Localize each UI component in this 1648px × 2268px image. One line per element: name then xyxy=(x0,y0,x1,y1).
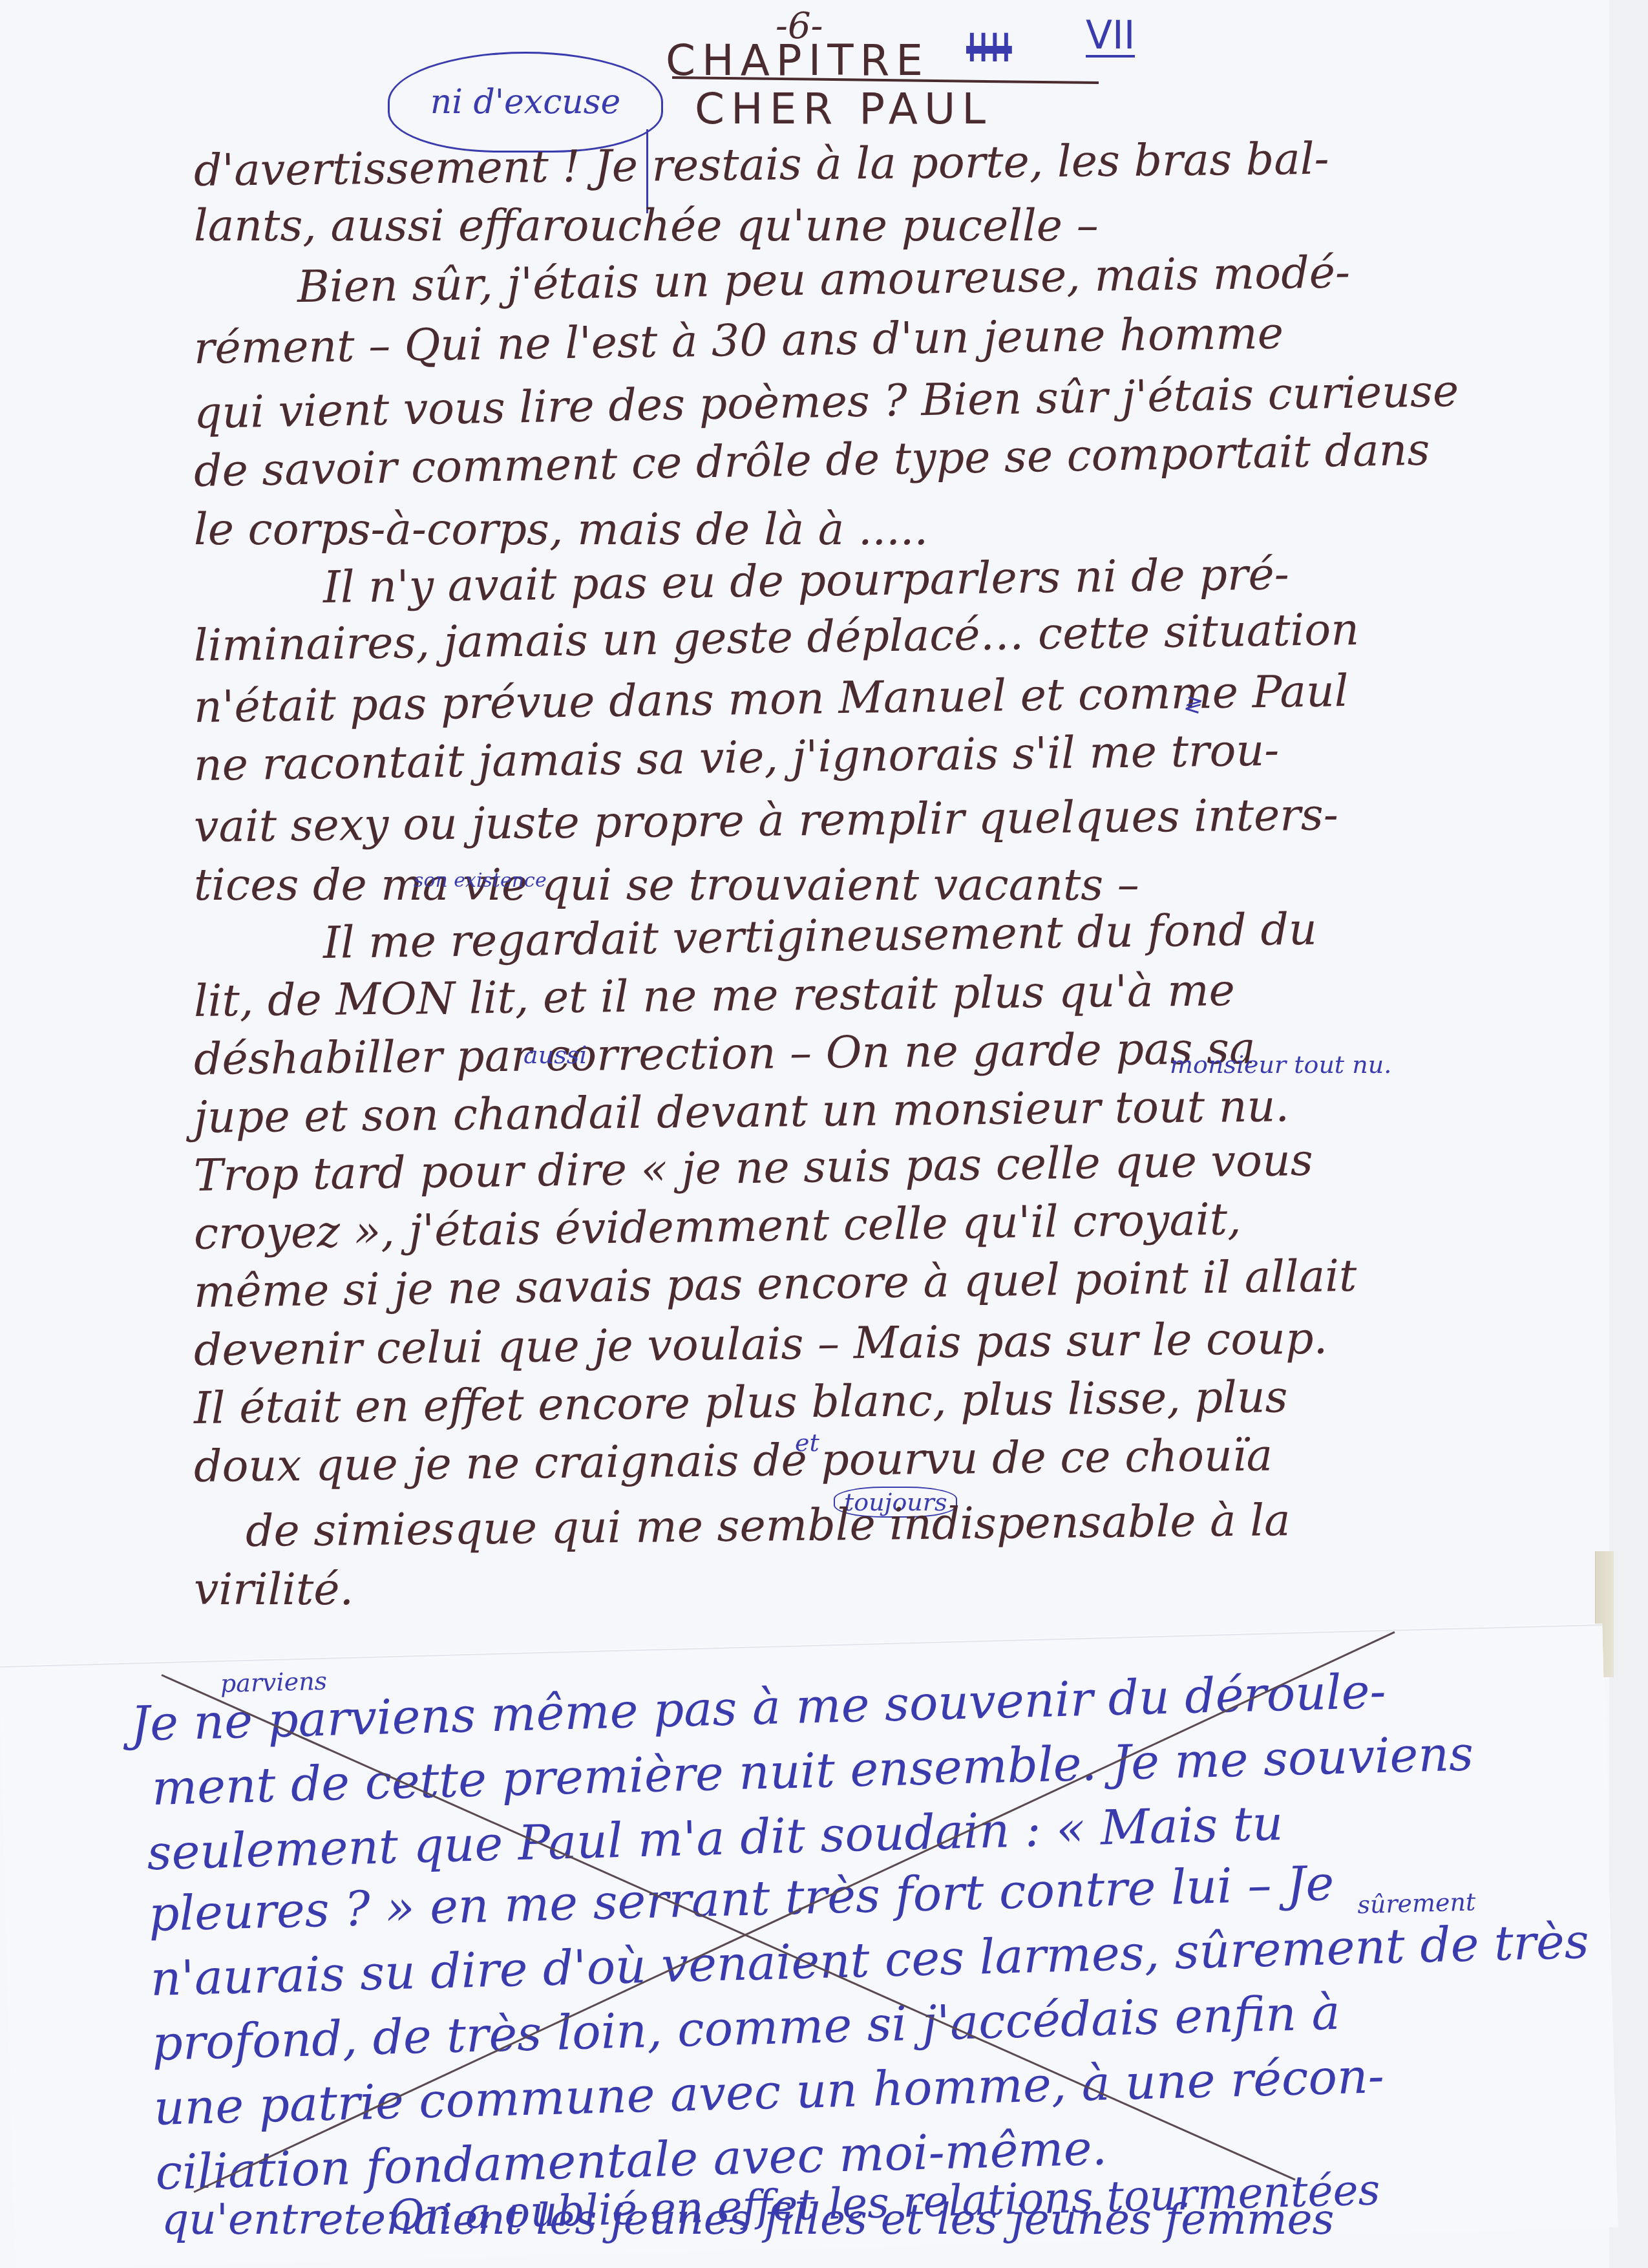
insert-monsieur-tout-nu: monsieur tout nu. xyxy=(1170,1050,1391,1079)
manuel-correction-mark: ≷ xyxy=(1183,692,1201,717)
text-line: liminaires, jamais un geste déplacé… cet… xyxy=(193,604,1359,672)
text-line: lants, aussi effarouchée qu'une pucelle … xyxy=(194,200,1099,251)
text-line: Il était en effet encore plus blanc, plu… xyxy=(194,1372,1288,1434)
margin-note-text: ni d'excuse xyxy=(430,83,620,122)
text-line: Il me regardait vertigineusement du fond… xyxy=(322,904,1317,969)
scan-margin xyxy=(1609,0,1648,2268)
text-line: déshabiller par correction – On ne garde… xyxy=(194,1023,1256,1085)
text-line: n'était pas prévue dans mon Manuel et co… xyxy=(193,666,1349,733)
text-line: d'avertissement ! Je restais à la porte,… xyxy=(194,134,1329,196)
text-line: Bien sûr, j'étais un peu amoureuse, mais… xyxy=(297,247,1350,313)
text-line: devenir celui que je voulais – Mais pas … xyxy=(194,1313,1328,1376)
insert-aussi: aussi xyxy=(523,1041,587,1069)
margin-note-bubble: ni d'excuse xyxy=(388,52,663,153)
text-line: même si je ne savais pas encore à quel p… xyxy=(193,1251,1357,1318)
text-line: vait sexy ou juste propre à remplir quel… xyxy=(194,789,1338,853)
chapter-number: VII xyxy=(1086,16,1135,58)
text-line: lit, de MON lit, et il ne me restait plu… xyxy=(194,965,1236,1027)
pasted-paper-strip: parviens Je ne parviens même pas à me so… xyxy=(0,1624,1618,2268)
insert-surement: sûrement xyxy=(1357,1887,1476,1919)
text-line: de simiesque qui me semble indispensable… xyxy=(246,1495,1291,1557)
insert-son-existence: son existence xyxy=(414,869,547,892)
text-line: doux que je ne craignais de pourvu de ce… xyxy=(194,1430,1273,1492)
text-line: le corps-à-corps, mais de là à ..... xyxy=(194,504,928,555)
text-line: Trop tard pour dire « je ne suis pas cel… xyxy=(193,1135,1313,1202)
text-line: rément – Qui ne l'est à 30 ans d'un jeun… xyxy=(193,308,1284,374)
text-line: jupe et son chandail devant un monsieur … xyxy=(194,1081,1290,1143)
strip-line-last: qu'entretenaient les jeunes filles et le… xyxy=(162,2194,1334,2244)
chapter-title: CHER PAUL xyxy=(695,84,992,134)
text-line: ne racontait jamais sa vie, j'ignorais s… xyxy=(193,725,1279,791)
text-line: Il n'y avait pas eu de pourparlers ni de… xyxy=(322,549,1289,613)
text-line: croyez », j'étais évidemment celle qu'il… xyxy=(193,1194,1241,1260)
chapter-number-struck: IIII xyxy=(966,26,1012,71)
text-line: tices de ma vie qui se trouvaient vacant… xyxy=(194,860,1139,911)
text-line: virilité. xyxy=(194,1564,354,1615)
